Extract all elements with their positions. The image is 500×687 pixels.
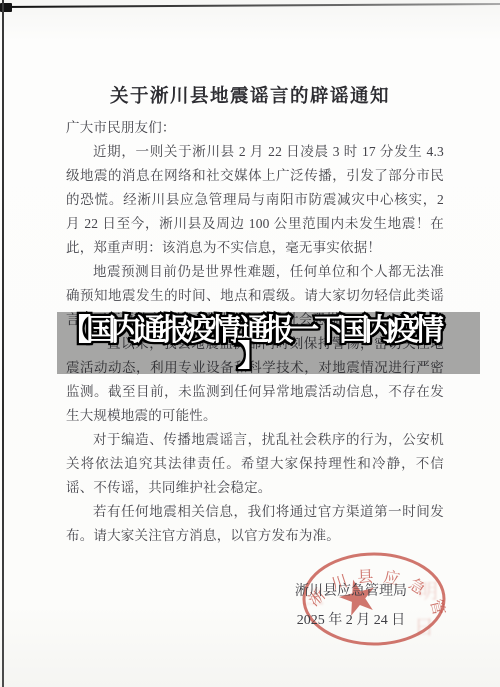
document-photo: 关于淅川县地震谣言的辟谣通知 广大市民朋友们： 近期，一则关于淅川县 2 月 2…: [0, 0, 500, 687]
salutation: 广大市民朋友们：: [66, 116, 444, 140]
caption-line2: 】: [0, 340, 500, 374]
paragraph: 近期，一则关于淅川县 2 月 22 日凌晨 3 时 17 分发生 4.3 级地震…: [66, 140, 444, 260]
issuer-name: 淅川县应急管理局: [280, 577, 422, 606]
notice-title: 关于淅川县地震谣言的辟谣通知: [0, 82, 500, 108]
paragraph: 对于编造、传播地震谣言，扰乱社会秩序的行为，公安机关将依法追究其法律责任。希望大…: [66, 428, 444, 500]
signature-block: 淅川县应急管理局 2025 年 2 月 24 日: [280, 577, 422, 635]
paragraph: 若有任何地震相关信息，我们将通过官方渠道第一时间发布。请大家关注官方消息，以官方…: [66, 500, 444, 548]
issue-date: 2025 年 2 月 24 日: [280, 606, 422, 635]
